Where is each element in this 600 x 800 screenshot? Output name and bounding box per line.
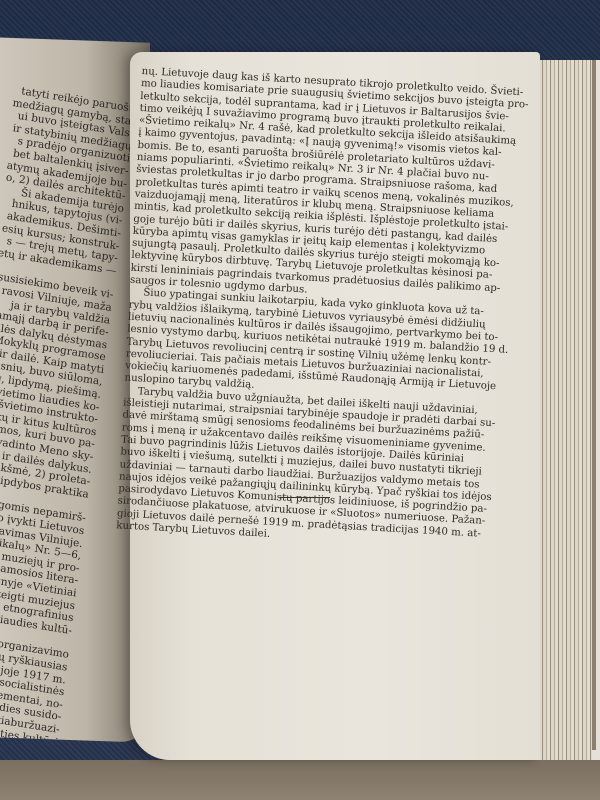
paragraph-3: Tarybų valdžia buvo užgniaužta, bet dail… (116, 385, 494, 553)
right-page: nų. Lietuvoje daug kas iš karto nesuprat… (130, 52, 540, 760)
page-stack-edges (530, 60, 600, 760)
left-page-text: tatyti reikėjo paruoštimedžiagų gamybą, … (0, 81, 137, 742)
page-stack-shadow (592, 60, 596, 750)
section-end-rule (280, 497, 330, 498)
right-page-block: nų. Lietuvoje daug kas iš karto nesuprat… (130, 52, 560, 760)
floor-background (0, 760, 600, 800)
right-page-text: nų. Lietuvoje daug kas iš karto nesuprat… (116, 66, 512, 553)
paragraph-1: nų. Lietuvoje daug kas iš karto nesuprat… (130, 66, 512, 308)
